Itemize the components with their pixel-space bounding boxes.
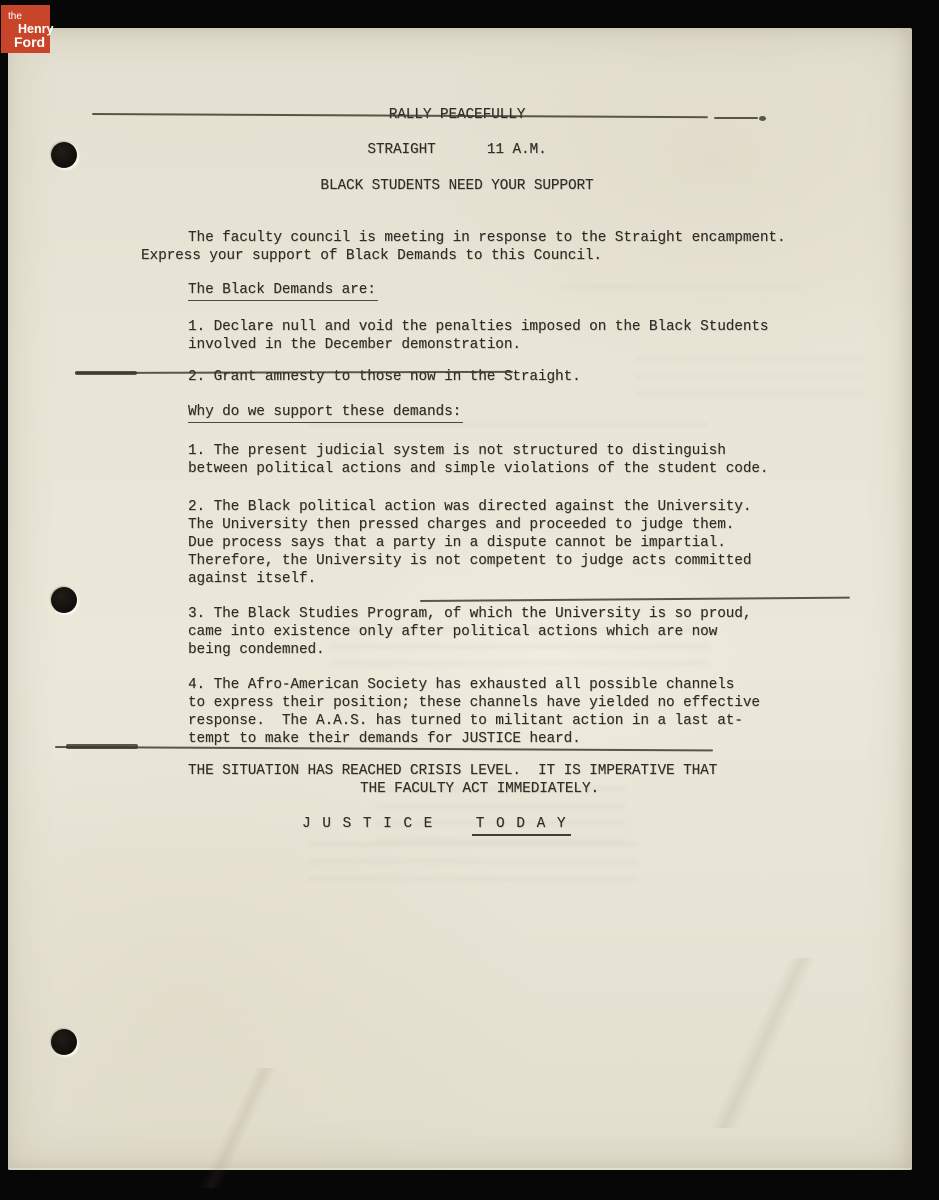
- justice-today: J U S T I C ET O D A Y: [302, 815, 901, 836]
- hole-punch-top: [51, 142, 77, 168]
- reason-3-line-3: being condemned.: [188, 641, 901, 659]
- pen-strike-title-end-dot: [759, 116, 766, 121]
- demands-heading: The Black Demands are:: [188, 281, 901, 301]
- title-time: STRAIGHT 11 A.M.: [141, 141, 773, 159]
- paper-crease: [128, 1068, 348, 1188]
- reason-2-line-2: The University then pressed charges and …: [188, 516, 901, 534]
- reason-4-line-2: to express their position; these channel…: [188, 694, 901, 712]
- hole-punch-bottom: [51, 1029, 77, 1055]
- reason-2-line-5: against itself.: [188, 570, 901, 588]
- crisis-line-2: THE FACULTY ACT IMMEDIATELY.: [360, 780, 901, 798]
- reason-2: 2. The Black political action was direct…: [188, 498, 901, 588]
- document-page: RALLY PEACEFULLY STRAIGHT 11 A.M. BLACK …: [8, 28, 912, 1170]
- logo-text-ford: Ford: [14, 35, 45, 49]
- typewritten-text: RALLY PEACEFULLY STRAIGHT 11 A.M. BLACK …: [141, 106, 901, 836]
- justice-word: J U S T I C E: [302, 816, 434, 832]
- reason-4: 4. The Afro-American Society has exhaust…: [188, 676, 901, 748]
- bleedthrough-smudge: [308, 843, 638, 891]
- reason-2-line-3: Due process says that a party in a dispu…: [188, 534, 901, 552]
- today-word-underlined: T O D A Y: [472, 815, 571, 836]
- intro-paragraph: The faculty council is meeting in respon…: [141, 229, 901, 265]
- reason-2-line-1: 2. The Black political action was direct…: [188, 498, 901, 516]
- crisis-line-1: THE SITUATION HAS REACHED CRISIS LEVEL. …: [188, 762, 901, 780]
- paper-crease: [628, 958, 898, 1128]
- pen-strike-title-segment: [714, 117, 758, 119]
- reason-1-line-2: between political actions and simple vio…: [188, 460, 901, 478]
- demand-1-line-1: 1. Declare null and void the penalties i…: [188, 318, 901, 336]
- title-support: BLACK STUDENTS NEED YOUR SUPPORT: [141, 177, 773, 195]
- henry-ford-logo: the Henry Ford: [1, 5, 50, 53]
- demands-heading-text: The Black Demands are:: [188, 281, 378, 301]
- reason-4-line-4: tempt to make their demands for JUSTICE …: [188, 730, 901, 748]
- document-header: RALLY PEACEFULLY STRAIGHT 11 A.M. BLACK …: [141, 106, 773, 195]
- reason-4-line-3: response. The A.A.S. has turned to milit…: [188, 712, 901, 730]
- intro-line-1: The faculty council is meeting in respon…: [188, 229, 901, 247]
- hole-punch-middle: [51, 587, 77, 613]
- demand-1-line-2: involved in the December demonstration.: [188, 336, 901, 354]
- reason-3-line-1: 3. The Black Studies Program, of which t…: [188, 605, 901, 623]
- pen-underline-reason-4-blob: [66, 744, 138, 749]
- demand-1: 1. Declare null and void the penalties i…: [188, 318, 901, 354]
- reason-4-line-1: 4. The Afro-American Society has exhaust…: [188, 676, 901, 694]
- why-heading-text: Why do we support these demands:: [188, 403, 463, 423]
- logo-text-the: the: [8, 12, 22, 22]
- pen-strike-demand-2-blob: [75, 371, 137, 376]
- reason-2-line-4: Therefore, the University is not compete…: [188, 552, 901, 570]
- why-heading: Why do we support these demands:: [188, 403, 901, 423]
- reason-3: 3. The Black Studies Program, of which t…: [188, 605, 901, 659]
- intro-line-2: Express your support of Black Demands to…: [141, 247, 901, 265]
- reason-1: 1. The present judicial system is not st…: [188, 442, 901, 478]
- reason-1-line-1: 1. The present judicial system is not st…: [188, 442, 901, 460]
- crisis-statement: THE SITUATION HAS REACHED CRISIS LEVEL. …: [188, 762, 901, 798]
- reason-3-line-2: came into existence only after political…: [188, 623, 901, 641]
